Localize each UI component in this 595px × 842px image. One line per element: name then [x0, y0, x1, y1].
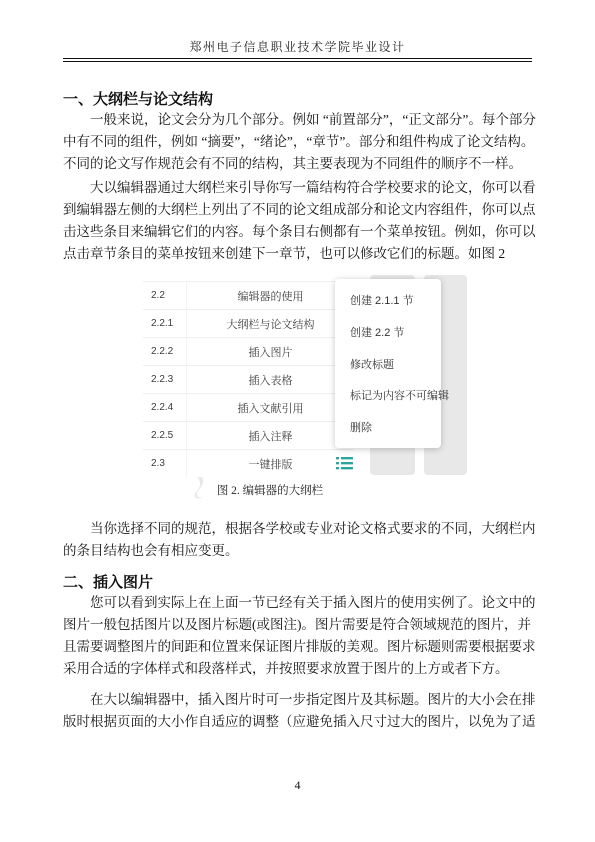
outline-row: 2.2 编辑器的使用 [143, 282, 354, 310]
section-heading-2: 二、插入图片 [63, 571, 533, 592]
outline-row-title: 插入图片 [187, 344, 354, 360]
outline-row-title: 大纲栏与论文结构 [187, 316, 354, 332]
outline-row-number: 2.2.1 [143, 310, 187, 337]
outline-row-number: 2.2 [143, 282, 187, 309]
header-rule [63, 58, 532, 62]
outline-row: 2.2.4 插入文献引用 [143, 394, 354, 422]
outline-row-title: 插入文献引用 [187, 400, 354, 416]
page-number: 4 [0, 778, 595, 793]
paragraph-2: 大以编辑器通过大纲栏来引导你写一篇结构符合学校要求的论文，你可以看 到编辑器左侧… [63, 177, 568, 265]
outline-row-title: 插入表格 [187, 372, 354, 388]
document-page: 郑州电子信息职业技术学院毕业设计 一、大纲栏与论文结构 一般来说，论文会分为几个… [0, 0, 595, 842]
menu-item: 创建 2.1.1 节 [350, 292, 441, 308]
outline-row: 2.2.2 插入图片 [143, 338, 354, 366]
paragraph-1: 一般来说，论文会分为几个部分。例如 “前置部分”，“正文部分”。每个部分 中有不… [63, 109, 568, 175]
paragraph-3: 当你选择不同的规范，根据各学校或专业对论文格式要求的不同，大纲栏内 的条目结构也… [63, 518, 568, 562]
outline-row: 2.2.5 插入注释 [143, 422, 354, 450]
outline-row-number: 2.2.5 [143, 422, 187, 449]
menu-item: 修改标题 [350, 356, 441, 372]
context-menu: 创建 2.1.1 节 创建 2.2 节 修改标题 标记为内容不可编辑 删除 [335, 279, 441, 448]
list-icon [336, 457, 353, 475]
outline-row-number: 2.2.2 [143, 338, 187, 365]
outline-panel: 2.2 编辑器的使用 2.2.1 大纲栏与论文结构 2.2.2 插入图片 2.2… [143, 275, 354, 477]
paragraph-5: 在大以编辑器中，插入图片时可一步指定图片及其标题。图片的大小会在排 版时根据页面… [63, 689, 568, 733]
page-header-title: 郑州电子信息职业技术学院毕业设计 [0, 38, 595, 55]
menu-item: 删除 [350, 419, 441, 435]
figure-editor-outline: 2.2 编辑器的使用 2.2.1 大纲栏与论文结构 2.2.2 插入图片 2.2… [143, 275, 467, 477]
outline-row-title: 一键排版 [187, 456, 354, 472]
outline-row: 2.3 一键排版 [143, 450, 354, 477]
menu-item: 标记为内容不可编辑 [350, 387, 441, 403]
figure-caption: 图 2. 编辑器的大纲栏 [83, 482, 457, 498]
outline-row-title: 插入注释 [187, 428, 354, 444]
section-heading-1: 一、大纲栏与论文结构 [63, 88, 533, 109]
menu-item: 创建 2.2 节 [350, 324, 441, 340]
paragraph-4: 您可以看到实际上在上面一节已经有关于插入图片的使用实例了。论文中的 图片一般包括… [63, 592, 568, 680]
outline-row-number: 2.2.3 [143, 366, 187, 393]
outline-row: 2.2.1 大纲栏与论文结构 [143, 310, 354, 338]
outline-row: 2.2.3 插入表格 [143, 366, 354, 394]
outline-row-number: 2.2.4 [143, 394, 187, 421]
outline-row-number: 2.3 [143, 450, 187, 477]
outline-row-partial [143, 275, 354, 282]
outline-row-title: 编辑器的使用 [187, 288, 354, 304]
